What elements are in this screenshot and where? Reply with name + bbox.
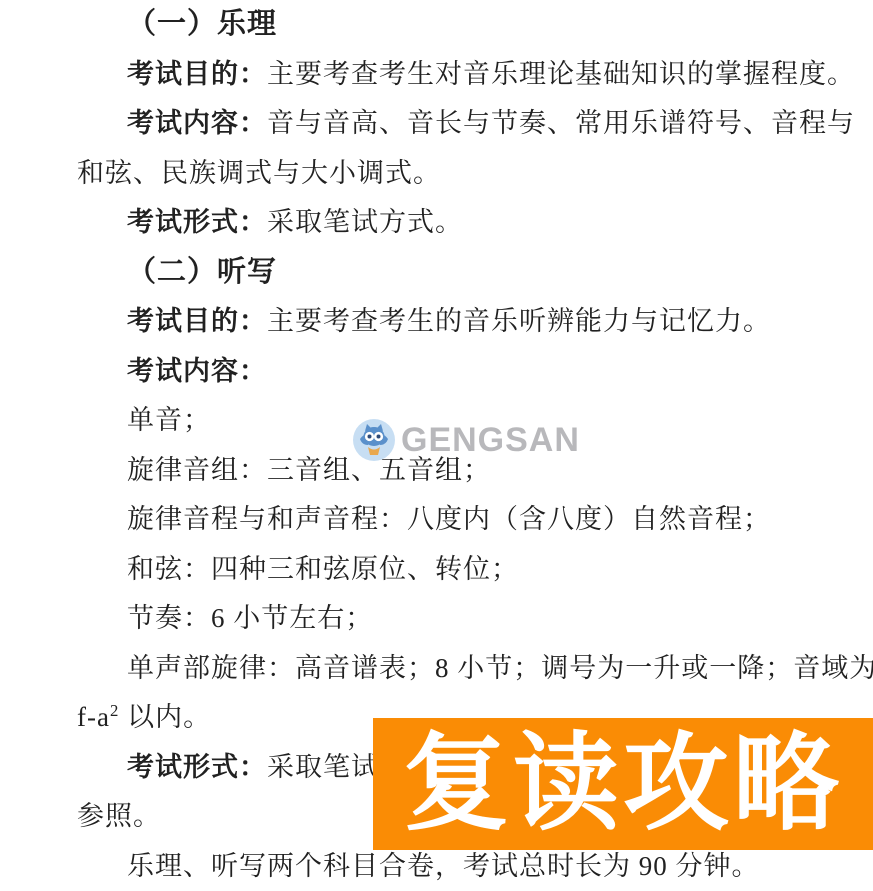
form-text: 采取笔试方式。: [267, 207, 463, 237]
overlay-banner: 复读攻略: [373, 718, 873, 850]
document-page: { "page": { "background": "#ffffff", "te…: [0, 0, 873, 891]
item-rhythm: 节奏：6 小节左右；: [77, 594, 837, 644]
watermark: GENGSAN: [352, 417, 580, 463]
section2-purpose: 考试目的：主要考查考生的音乐听辨能力与记忆力。: [77, 297, 837, 347]
content-text-2: 和弦、民族调式与大小调式。: [77, 158, 441, 188]
purpose-text-2: 主要考查考生的音乐听辨能力与记忆力。: [267, 306, 771, 336]
watermark-brand-text: GENGSAN: [401, 421, 580, 460]
item-single-note-text: 单音；: [127, 405, 211, 435]
section2-heading-text: （二）听写: [127, 256, 277, 288]
section1-content-line2: 和弦、民族调式与大小调式。: [77, 149, 837, 199]
section1-purpose: 考试目的：主要考查考生对音乐理论基础知识的掌握程度。: [77, 50, 837, 100]
section1-heading: （一）乐理: [77, 0, 837, 50]
form-label-2: 考试形式：: [127, 752, 267, 782]
item-chords-text: 和弦：四种三和弦原位、转位；: [127, 554, 519, 584]
section1-heading-text: （一）乐理: [127, 8, 277, 40]
content-label: 考试内容：: [127, 108, 267, 138]
purpose-text: 主要考查考生对音乐理论基础知识的掌握程度。: [267, 59, 855, 89]
item-intervals-text: 旋律音程与和声音程：八度内（含八度）自然音程；: [127, 504, 771, 534]
purpose-label: 考试目的：: [127, 59, 267, 89]
range-superscript: 2: [110, 701, 119, 720]
range-prefix: f-a: [77, 702, 110, 732]
banner-text: 复读攻略: [403, 725, 843, 843]
item-rhythm-text: 节奏：6 小节左右；: [127, 603, 373, 633]
section1-content-line1: 考试内容：音与音高、音长与节奏、常用乐谱符号、音程与: [77, 99, 837, 149]
content-text-1: 音与音高、音长与节奏、常用乐谱符号、音程与: [267, 108, 855, 138]
item-chords: 和弦：四种三和弦原位、转位；: [77, 545, 837, 595]
footer-text: 乐理、听写两个科目合卷，考试总时长为 90 分钟。: [127, 851, 760, 881]
item-melody: 单声部旋律：高音谱表；8 小节；调号为一升或一降；音域为: [77, 644, 837, 694]
item-intervals: 旋律音程与和声音程：八度内（含八度）自然音程；: [77, 495, 837, 545]
form-tail-text: 参照。: [77, 801, 161, 831]
section2-content-label: 考试内容：: [77, 347, 837, 397]
content-label-2: 考试内容：: [127, 356, 267, 386]
section2-heading: （二）听写: [77, 248, 837, 298]
owl-logo-icon: [352, 418, 396, 462]
form-label: 考试形式：: [127, 207, 267, 237]
purpose-label-2: 考试目的：: [127, 306, 267, 336]
range-suffix: 以内。: [119, 702, 211, 732]
item-melody-text: 单声部旋律：高音谱表；8 小节；调号为一升或一降；音域为: [127, 653, 873, 683]
section1-form: 考试形式：采取笔试方式。: [77, 198, 837, 248]
